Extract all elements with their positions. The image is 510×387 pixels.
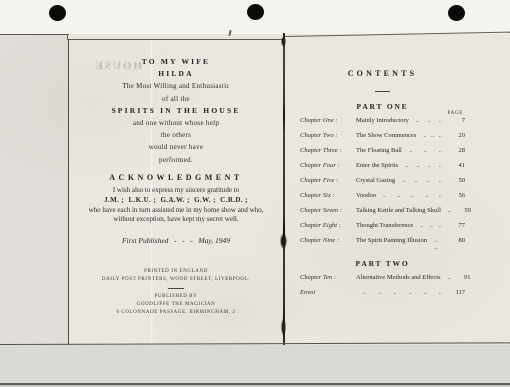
toc-row: Chapter Eight : Thought Transference .. … (300, 222, 465, 237)
toc-row: Chapter Seven : Talking Kettle and Talki… (300, 207, 465, 222)
dedication-line: TO MY WIFE (69, 56, 283, 68)
page-edge-line (0, 34, 69, 35)
scanner-top-band (0, 0, 510, 34)
dot-leaders: .. .. .. .. (398, 162, 447, 169)
chapter-title: Thought Transference (356, 222, 413, 229)
published-by-label: PUBLISHED BY (69, 293, 283, 301)
book-spine (283, 33, 285, 346)
dot-leaders: .. (441, 207, 453, 214)
dot-leaders: .. .. .. (409, 117, 447, 124)
dot-leaders: .. .. .. (413, 222, 447, 229)
part-one-rows: Chapter One : Mainly Introductory .. .. … (300, 117, 465, 252)
dedication-line: performed. (69, 154, 283, 166)
chapter-title: The Show Commences (356, 132, 416, 139)
spine-ink-mark (281, 318, 286, 336)
dedication-line: SPIRITS IN THE HOUSE (69, 105, 283, 117)
dedication-line: and one without whose help (69, 117, 283, 129)
chapter-title: Alternative Methods and Effects (356, 274, 441, 281)
chapter-label: Envoi (300, 289, 356, 296)
contents-title: CONTENTS (300, 69, 465, 78)
chapter-label: Chapter Eight : (300, 222, 356, 229)
page-number: 59 (453, 207, 471, 214)
scanned-book-spread: HOUSE TO MY WIFE HILDA The Most Willing … (0, 0, 510, 387)
acknowledgment-block: I wish also to express my sincere gratit… (69, 186, 283, 225)
chapter-label: Chapter Nine : (300, 237, 356, 244)
contents-divider (375, 91, 390, 92)
acknowledgment-line: without exception, have kept my secret w… (69, 215, 283, 225)
chapter-title: Voodoo (356, 192, 376, 199)
toc-row: Chapter Nine : The Spirit Painting Illus… (300, 237, 465, 252)
page-margin (0, 34, 68, 345)
toc-row: Chapter Five : Crystal Gazing .. .. .. .… (300, 177, 465, 192)
dot-leaders: .. .. .. (416, 132, 447, 139)
chapter-label: Chapter Four : (300, 162, 356, 169)
acknowledgment-initials: J.M. ; L.K.U. ; G.A.W. ; G.W. ; C.R.D. ; (69, 196, 283, 206)
dot-leaders: .. .. .. .. .. (376, 192, 447, 199)
chapter-title: Talking Kettle and Talking Skull (356, 207, 441, 214)
page-number: 41 (447, 162, 465, 169)
part-two-heading: PART TWO (300, 259, 465, 268)
page-number: 77 (447, 222, 465, 229)
spine-ink-mark (281, 36, 286, 47)
punch-hole-icon (448, 5, 465, 21)
publisher-address: 6 COLONNADE PASSAGE, BIRMINGHAM, 2 (69, 309, 283, 317)
page-number: 7 (447, 117, 465, 124)
chapter-label: Chapter Six : (300, 192, 356, 199)
part-two-rows: Chapter Ten : Alternative Methods and Ef… (300, 274, 465, 304)
toc-row: Chapter Ten : Alternative Methods and Ef… (300, 274, 465, 289)
dot-leaders: .. .. (427, 237, 447, 251)
imprint-divider (168, 288, 184, 289)
dot-leaders: .. (441, 274, 453, 281)
page-number: 28 (447, 147, 465, 154)
page-number: 50 (447, 177, 465, 184)
dedication-line: would never have (69, 141, 283, 153)
chapter-label: Chapter Two : (300, 132, 356, 139)
publisher-name: GOODLIFFE THE MAGICIAN (69, 301, 283, 309)
chapter-label: Chapter Seven : (300, 207, 356, 214)
dedication-line: the others (69, 129, 283, 141)
chapter-label: Chapter Five : (300, 177, 356, 184)
chapter-title: Enter the Spirits (356, 162, 398, 169)
printed-in-line: PRINTED IN ENGLAND (69, 268, 283, 276)
toc-row: Envoi .. .. .. .. .. .. 117 (300, 289, 465, 304)
page-number: 91 (453, 274, 471, 281)
chapter-title: The Floating Ball (356, 147, 402, 154)
chapter-title: Crystal Gazing (356, 177, 395, 184)
dot-leaders: .. .. .. .. .. .. (356, 289, 447, 296)
punch-hole-icon (49, 5, 66, 21)
toc-row: Chapter Six : Voodoo .. .. .. .. .. 56 (300, 192, 465, 207)
acknowledgment-heading: ACKNOWLEDGMENT (69, 173, 283, 182)
toc-row: Chapter One : Mainly Introductory .. .. … (300, 117, 465, 132)
first-published-line: First Published - - - May, 1949 (69, 236, 283, 245)
chapter-label: Chapter Ten : (300, 274, 356, 281)
dot-leaders: .. .. .. .. (395, 177, 447, 184)
acknowledgment-line: I wish also to express my sincere gratit… (69, 186, 283, 196)
page-number: 20 (447, 132, 465, 139)
scanner-bottom-band (0, 345, 510, 387)
dedication-line: The Most Willing and Enthusiastic (69, 80, 283, 92)
printer-line: DAILY POST PRINTERS, WOOD STREET, LIVERP… (69, 276, 283, 284)
page-number: 56 (447, 192, 465, 199)
chapter-title: Mainly Introductory (356, 117, 409, 124)
dedication-block: TO MY WIFE HILDA The Most Willing and En… (69, 56, 283, 166)
chapter-label: Chapter Three : (300, 147, 356, 154)
toc-row: Chapter Three : The Floating Ball .. .. … (300, 147, 465, 162)
page-column-label: PAGE (300, 110, 463, 116)
punch-hole-icon (247, 4, 264, 20)
toc-row: Chapter Four : Enter the Spirits .. .. .… (300, 162, 465, 177)
page-number: 80 (447, 237, 465, 244)
imprint-block: PRINTED IN ENGLAND DAILY POST PRINTERS, … (69, 268, 283, 317)
chapter-title: The Spirit Painting Illusion (356, 237, 427, 244)
acknowledgment-line: who have each in turn assisted me in my … (69, 206, 283, 216)
toc-row: Chapter Two : The Show Commences .. .. .… (300, 132, 465, 147)
dot-leaders: .. .. .. (402, 147, 447, 154)
dedication-line: of all the (69, 93, 283, 105)
page-number: 117 (447, 289, 465, 296)
dedication-line: HILDA (69, 68, 283, 80)
chapter-label: Chapter One : (300, 117, 356, 124)
